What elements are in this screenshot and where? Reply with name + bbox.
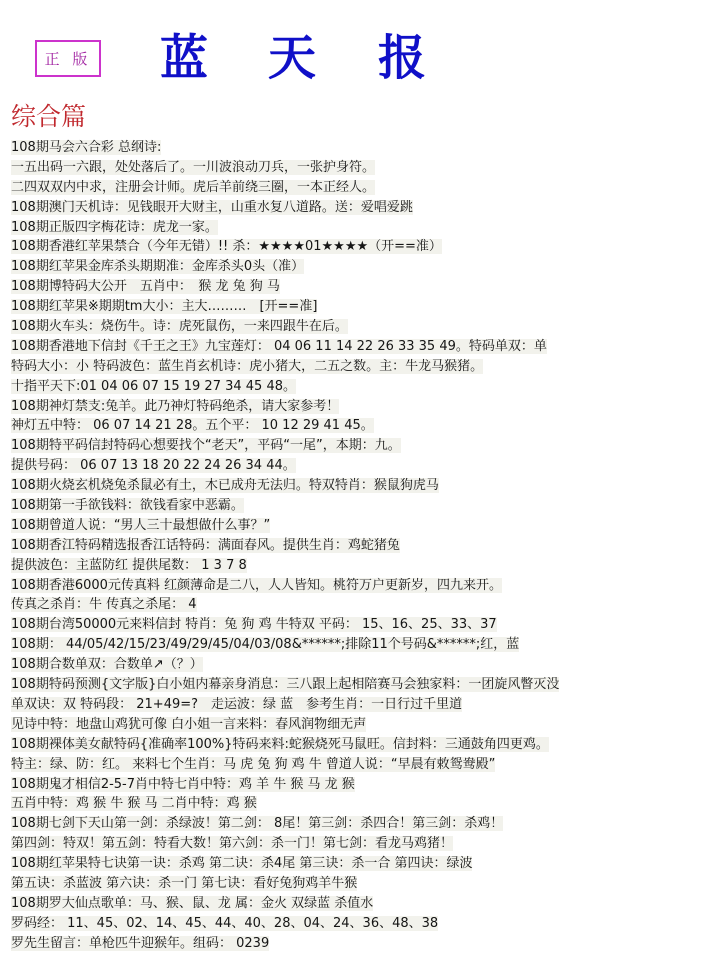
- badge-label: 正 版: [45, 48, 92, 69]
- text-line: 十指平天下:01 04 06 07 15 19 27 34 45 48。: [11, 377, 711, 397]
- text-line: 108期火烧玄机烧兔杀鼠必有土，木已成舟无法归。特双特肖：猴鼠狗虎马: [11, 476, 711, 496]
- text-line: 108期博特码大公开 五肖中： 猴 龙 兔 狗 马: [11, 277, 711, 297]
- text-line: 108期红苹果金库杀头期期准：金库杀头0头（准）: [11, 257, 711, 277]
- masthead-char-3: 报: [378, 30, 426, 86]
- text-line: 神灯五中特： 06 07 14 21 28。五个平： 10 12 29 41 4…: [11, 416, 711, 436]
- text-line-content: 108期香江特码精选报香江话特码：满面春风。提供生肖：鸡蛇猪兔: [11, 538, 400, 553]
- text-line-content: 传真之杀肖：牛 传真之杀尾： 4: [11, 597, 197, 612]
- text-line-content: 108期火烧玄机烧兔杀鼠必有土，木已成舟无法归。特双特肖：猴鼠狗虎马: [11, 478, 439, 493]
- text-line-content: 第四剑：特双！第五剑：特看大数！第六剑：杀一门！第七剑：看龙马鸡猪！: [11, 836, 453, 851]
- text-line: 第五诀：杀蓝波 第六诀：杀一门 第七诀：看好兔狗鸡羊牛猴: [11, 874, 711, 894]
- text-line: 108期合数单双：合数单↗（？）: [11, 655, 711, 675]
- text-line: 罗先生留言：单枪匹牛迎猴年。组码： 0239: [11, 934, 711, 954]
- text-line-content: 108期： 44/05/42/15/23/49/29/45/04/03/08&*…: [11, 637, 519, 652]
- text-line-content: 五肖中特：鸡 猴 牛 猴 马 二肖中特：鸡 猴: [11, 796, 257, 811]
- text-line-content: 108期台湾50000元来料信封 特肖：兔 狗 鸡 牛特双 平码： 15、16、…: [11, 617, 497, 632]
- text-line: 108期第一手欲钱料：欲钱看家中恶霸。: [11, 496, 711, 516]
- text-line: 五肖中特：鸡 猴 牛 猴 马 二肖中特：鸡 猴: [11, 794, 711, 814]
- text-line: 第四剑：特双！第五剑：特看大数！第六剑：杀一门！第七剑：看龙马鸡猪！: [11, 834, 711, 854]
- text-line-content: 108期第一手欲钱料：欲钱看家中恶霸。: [11, 498, 244, 513]
- content-body: 108期马会六合彩 总纲诗:一五出码一六跟，处处落后了。一川波浪动刀兵，一张护身…: [11, 138, 711, 954]
- text-line: 108期香港红苹果禁合（今年无错）!! 杀：★★★★01★★★★（开==准）: [11, 237, 711, 257]
- text-line-content: 罗码经： 11、45、02、14、45、44、40、28、04、24、36、48…: [11, 916, 438, 931]
- text-line-content: 108期曾道人说：“男人三十最想做什么事？”: [11, 518, 270, 533]
- text-line-content: 特主：绿、防：红。 来料七个生肖：马 虎 兔 狗 鸡 牛 曾道人说：“早晨有敕鸳…: [11, 757, 495, 772]
- text-line: 单双诀：双 特码段： 21+49=? 走运波：绿 蓝 参考生肖：一日行过千里道: [11, 695, 711, 715]
- text-line: 108期曾道人说：“男人三十最想做什么事？”: [11, 516, 711, 536]
- text-line-content: 108期火车头：烧伤牛。诗：虎死鼠伤，一来四跟牛在后。: [11, 319, 348, 334]
- text-line-content: 特码大小：小 特码波色：蓝生肖玄机诗：虎小猪大，二五之数。主：牛龙马猴猪。: [11, 359, 483, 374]
- text-line-content: 108期澳门天机诗：见钱眼开大财主，山重水复八道路。送：爱唱爱跳: [11, 200, 413, 215]
- text-line-content: 第五诀：杀蓝波 第六诀：杀一门 第七诀：看好兔狗鸡羊牛猴: [11, 876, 357, 891]
- text-line: 108期澳门天机诗：见钱眼开大财主，山重水复八道路。送：爱唱爱跳: [11, 198, 711, 218]
- text-line: 108期正版四字梅花诗：虎龙一家。: [11, 218, 711, 238]
- text-line-content: 108期香港地下信封《千王之王》九宝莲灯： 04 06 11 14 22 26 …: [11, 339, 547, 354]
- masthead-char-2: 天: [268, 30, 316, 86]
- text-line: 108期台湾50000元来料信封 特肖：兔 狗 鸡 牛特双 平码： 15、16、…: [11, 615, 711, 635]
- text-line: 特主：绿、防：红。 来料七个生肖：马 虎 兔 狗 鸡 牛 曾道人说：“早晨有敕鸳…: [11, 755, 711, 775]
- text-line: 罗码经： 11、45、02、14、45、44、40、28、04、24、36、48…: [11, 914, 711, 934]
- text-line: 108期神灯禁支:兔羊。此乃神灯特码绝杀，请大家参考！: [11, 397, 711, 417]
- text-line-content: 108期正版四字梅花诗：虎龙一家。: [11, 220, 218, 235]
- text-line: 108期罗大仙点歌单：马、猴、鼠、龙 属：金火 双绿蓝 杀值水: [11, 894, 711, 914]
- text-line-content: 108期红苹果※期期tm大小：主大……… [开==准]: [11, 299, 317, 314]
- text-line: 108期： 44/05/42/15/23/49/29/45/04/03/08&*…: [11, 635, 711, 655]
- text-line-content: 108期红苹果特七诀第一诀：杀鸡 第二诀：杀4尾 第三诀：杀一合 第四诀：绿波: [11, 856, 472, 871]
- text-line-content: 罗先生留言：单枪匹牛迎猴年。组码： 0239: [11, 936, 269, 951]
- text-line: 108期裸体美女献特码{准确率100%}特码来料:蛇猴烧死马鼠旺。信封料：三通鼓…: [11, 735, 711, 755]
- text-line: 108期红苹果※期期tm大小：主大……… [开==准]: [11, 297, 711, 317]
- text-line: 传真之杀肖：牛 传真之杀尾： 4: [11, 595, 711, 615]
- text-line-content: 提供号码： 06 07 13 18 20 22 24 26 34 44。: [11, 458, 296, 473]
- text-line: 提供波色：主蓝防红 提供尾数： 1 3 7 8: [11, 556, 711, 576]
- text-line: 二四双双内中求，注册会计师。虎后羊前绕三圈，一本正经人。: [11, 178, 711, 198]
- text-line-content: 提供波色：主蓝防红 提供尾数： 1 3 7 8: [11, 558, 247, 573]
- text-line-content: 108期香港红苹果禁合（今年无错）!! 杀：★★★★01★★★★（开==准）: [11, 239, 442, 254]
- text-line-content: 见诗中特：地盘山鸡犹可像 白小姐一言来料：春风润物细无声: [11, 717, 366, 732]
- text-line: 一五出码一六跟，处处落后了。一川波浪动刀兵，一张护身符。: [11, 158, 711, 178]
- text-line: 108期香港地下信封《千王之王》九宝莲灯： 04 06 11 14 22 26 …: [11, 337, 711, 357]
- text-line: 108期特码预测{文字版}白小姐内幕亲身消息：三八跟上起相陪赛马会独家料：一团旋…: [11, 675, 711, 695]
- text-line-content: 十指平天下:01 04 06 07 15 19 27 34 45 48。: [11, 379, 296, 394]
- text-line-content: 108期博特码大公开 五肖中： 猴 龙 兔 狗 马: [11, 279, 280, 294]
- text-line: 108期香江特码精选报香江话特码：满面春风。提供生肖：鸡蛇猪兔: [11, 536, 711, 556]
- text-line-content: 108期裸体美女献特码{准确率100%}特码来料:蛇猴烧死马鼠旺。信封料：三通鼓…: [11, 737, 549, 752]
- text-line-content: 108期香港6000元传真料 红颜薄命是二八，人人皆知。桃符万户更新岁，四九来开…: [11, 578, 502, 593]
- text-line-content: 108期特平码信封特码心想要找个“老天”，平码“一尾”，本期：九。: [11, 438, 401, 453]
- header: 正 版 蓝 天 报: [0, 0, 713, 100]
- masthead-char-1: 蓝: [160, 30, 208, 86]
- text-line: 特码大小：小 特码波色：蓝生肖玄机诗：虎小猪大，二五之数。主：牛龙马猴猪。: [11, 357, 711, 377]
- text-line-content: 神灯五中特： 06 07 14 21 28。五个平： 10 12 29 41 4…: [11, 418, 374, 433]
- text-line: 108期红苹果特七诀第一诀：杀鸡 第二诀：杀4尾 第三诀：杀一合 第四诀：绿波: [11, 854, 711, 874]
- text-line: 108期七剑下天山第一剑：杀绿波！第二剑： 8尾！第三剑：杀四合！第三剑：杀鸡！: [11, 814, 711, 834]
- genuine-edition-badge: 正 版: [35, 40, 101, 77]
- text-line: 108期火车头：烧伤牛。诗：虎死鼠伤，一来四跟牛在后。: [11, 317, 711, 337]
- text-line-content: 108期鬼才相信2-5-7肖中特七肖中特：鸡 羊 牛 猴 马 龙 猴: [11, 777, 355, 792]
- text-line-content: 108期七剑下天山第一剑：杀绿波！第二剑： 8尾！第三剑：杀四合！第三剑：杀鸡！: [11, 816, 503, 831]
- text-line-content: 二四双双内中求，注册会计师。虎后羊前绕三圈，一本正经人。: [11, 180, 375, 195]
- text-line-content: 108期马会六合彩 总纲诗:: [11, 140, 161, 155]
- text-line: 提供号码： 06 07 13 18 20 22 24 26 34 44。: [11, 456, 711, 476]
- text-line-content: 108期特码预测{文字版}白小姐内幕亲身消息：三八跟上起相陪赛马会独家料：一团旋…: [11, 677, 559, 692]
- text-line-content: 108期罗大仙点歌单：马、猴、鼠、龙 属：金火 双绿蓝 杀值水: [11, 896, 373, 911]
- text-line: 108期特平码信封特码心想要找个“老天”，平码“一尾”，本期：九。: [11, 436, 711, 456]
- text-line-content: 108期合数单双：合数单↗（？）: [11, 657, 203, 672]
- text-line-content: 108期红苹果金库杀头期期准：金库杀头0头（准）: [11, 259, 304, 274]
- text-line: 108期鬼才相信2-5-7肖中特七肖中特：鸡 羊 牛 猴 马 龙 猴: [11, 775, 711, 795]
- text-line: 见诗中特：地盘山鸡犹可像 白小姐一言来料：春风润物细无声: [11, 715, 711, 735]
- text-line: 108期马会六合彩 总纲诗:: [11, 138, 711, 158]
- text-line-content: 108期神灯禁支:兔羊。此乃神灯特码绝杀，请大家参考！: [11, 399, 339, 414]
- text-line: 108期香港6000元传真料 红颜薄命是二八，人人皆知。桃符万户更新岁，四九来开…: [11, 576, 711, 596]
- section-title: 综合篇: [11, 101, 86, 133]
- text-line-content: 单双诀：双 特码段： 21+49=? 走运波：绿 蓝 参考生肖：一日行过千里道: [11, 697, 462, 712]
- text-line-content: 一五出码一六跟，处处落后了。一川波浪动刀兵，一张护身符。: [11, 160, 375, 175]
